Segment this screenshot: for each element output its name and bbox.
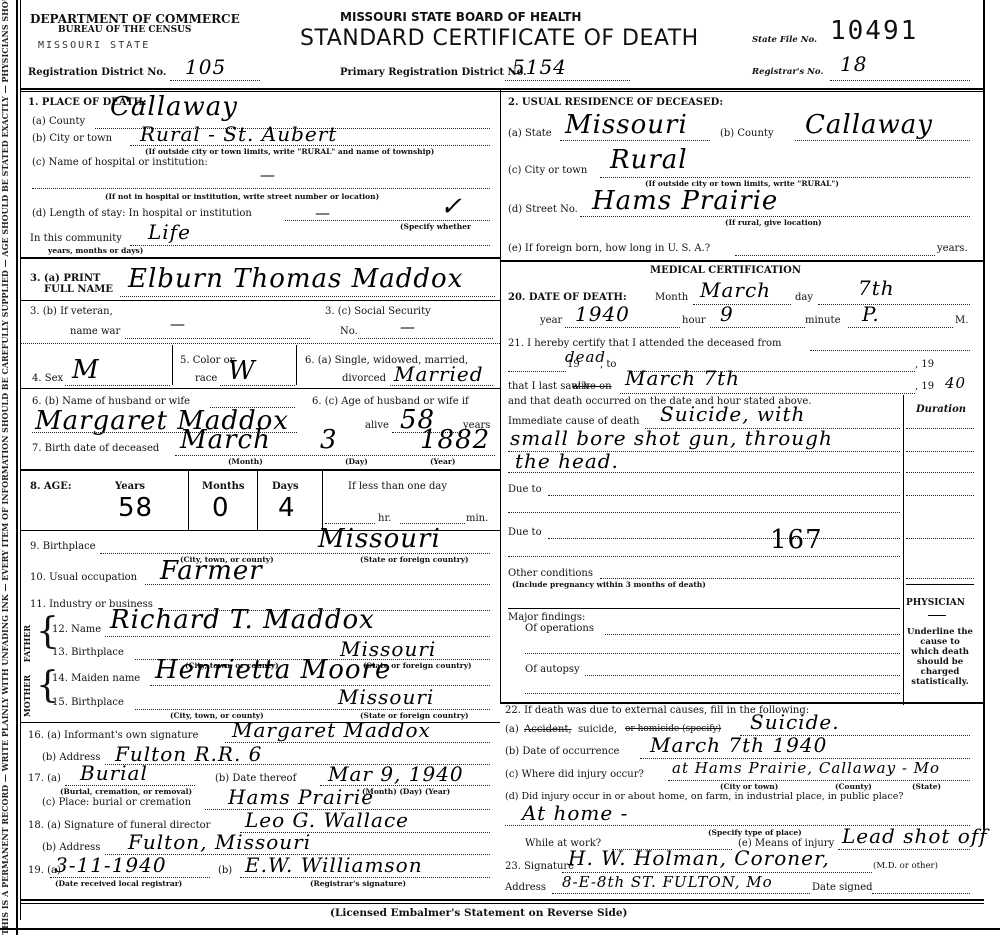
veteran-label-1: 3. (b) If veteran, — [30, 306, 113, 317]
registrar-cap: (Registrar's signature) — [310, 879, 406, 888]
burial-date-label: (b) Date thereof — [215, 773, 296, 784]
mother-birth-label: 15. Birthplace — [52, 697, 124, 708]
less-than-day-label: If less than one day — [348, 481, 447, 492]
physician-label: PHYSICIAN — [906, 598, 965, 608]
death-m-label: M. — [955, 315, 968, 326]
occupation-value[interactable]: Farmer — [160, 556, 263, 586]
right-border — [983, 0, 985, 830]
bureau: BUREAU OF THE CENSUS — [58, 25, 191, 35]
father-birth-label: 13. Birthplace — [52, 647, 124, 658]
community-value[interactable]: Life — [148, 220, 191, 244]
name-label-2: FULL NAME — [44, 284, 113, 295]
certifier-address[interactable]: 8-E-8th ST. FULTON, Mo — [562, 873, 773, 891]
hospital-note: (If not in hospital or institution, writ… — [105, 192, 379, 201]
certificate-title: STANDARD CERTIFICATE OF DEATH — [300, 26, 699, 51]
age-days[interactable]: 4 — [278, 493, 296, 523]
code-mark: 167 — [770, 525, 823, 555]
cause-line-1[interactable]: Suicide, with — [660, 402, 805, 426]
autopsy-label: Of autopsy — [525, 664, 580, 675]
father-name-label: 12. Name — [52, 624, 101, 635]
occurrence-date-label: (b) Date of occurrence — [505, 746, 619, 757]
death-city[interactable]: Rural - St. Aubert — [140, 122, 337, 146]
county-label: (a) County — [32, 116, 85, 127]
other-conditions-label: Other conditions — [508, 568, 593, 579]
death-day[interactable]: 7th — [858, 276, 895, 300]
other-conditions-note: (Include pregnancy within 3 months of de… — [512, 580, 706, 589]
death-county[interactable]: Callaway — [110, 92, 238, 122]
sex-label: 4. Sex — [32, 373, 63, 384]
day-cap: (Day) — [345, 457, 368, 466]
res-city-label: (c) City or town — [508, 165, 587, 176]
ss-label-2: No. — [340, 326, 358, 337]
registrar-sig-label: (b) — [218, 865, 232, 876]
footer-note: (Licensed Embalmer's Statement on Revers… — [330, 907, 628, 919]
birth-label: 7. Birth date of deceased — [32, 443, 159, 454]
mother-side-label: MOTHER — [22, 675, 32, 717]
state-file-no[interactable]: 10491 — [830, 16, 918, 46]
signature-label: 23. Signature — [505, 861, 574, 872]
director-address[interactable]: Fulton, Missouri — [128, 830, 311, 854]
home-value[interactable]: At home - — [522, 801, 628, 825]
burial-cap: (Burial, cremation, or removal) — [60, 787, 192, 796]
primary-district-no[interactable]: 5154 — [512, 55, 567, 79]
years-label: Years — [115, 481, 145, 492]
external-type-prefix: (a) — [505, 724, 519, 735]
received-cap: (Date received local registrar) — [55, 879, 182, 888]
informant-sig-label: 16. (a) Informant's own signature — [28, 730, 198, 741]
birthplace-label: 9. Birthplace — [30, 541, 96, 552]
where-state-cap: (State) — [912, 782, 941, 791]
res-street-note: (If rural, give location) — [725, 218, 822, 227]
center-divider — [500, 90, 501, 702]
birthplace-value[interactable]: Missouri — [318, 524, 441, 554]
lastsaw-year-prefix: , 19 — [915, 381, 934, 392]
days-label: Days — [272, 481, 299, 492]
hr-label: hr. — [378, 513, 391, 524]
external-type[interactable]: Suicide. — [750, 710, 840, 734]
operations-label: Of operations — [525, 623, 594, 634]
where-value[interactable]: at Hams Prairie, Callaway - Mo — [672, 759, 940, 777]
accident-struck: Accident, — [524, 724, 572, 735]
name-label-1: 3. (a) PRINT — [30, 273, 100, 284]
informant-signature[interactable]: Margaret Maddox — [232, 718, 431, 742]
reg-district-label: Registration District No. — [28, 67, 166, 78]
father-name[interactable]: Richard T. Maddox — [110, 605, 375, 635]
res-street-label: (d) Street No. — [508, 204, 578, 215]
stay-label: (d) Length of stay: In hospital or insti… — [32, 208, 252, 219]
duration-divider — [903, 395, 904, 705]
date-received[interactable]: 3-11-1940 — [55, 853, 167, 877]
header-rule — [20, 88, 984, 90]
mother-birthplace[interactable]: Missouri — [338, 685, 434, 709]
left-inner-border — [20, 0, 21, 920]
lastsaw-note[interactable]: dead — [565, 348, 606, 366]
death-year[interactable]: 1940 — [575, 302, 630, 326]
age-months[interactable]: 0 — [212, 493, 230, 523]
board-of-health: MISSOURI STATE BOARD OF HEALTH — [340, 10, 581, 24]
reg-district-no[interactable]: 105 — [185, 55, 226, 79]
death-year-label: year — [540, 315, 562, 326]
director-signature[interactable]: Leo G. Wallace — [245, 808, 409, 832]
year-cap: (Year) — [430, 457, 455, 466]
underline-note: Underline the cause to which death shoul… — [906, 627, 974, 687]
burial-type[interactable]: Burial — [80, 761, 148, 785]
age-label: 8. AGE: — [30, 481, 72, 492]
veteran-label-2: name war — [70, 326, 120, 337]
mother-maiden-name[interactable]: Henrietta Moore — [155, 655, 391, 685]
residence-heading: 2. USUAL RESIDENCE OF DECEASED: — [508, 97, 723, 108]
death-minute-label: minute — [805, 315, 841, 326]
spouse-age-label-2: alive — [365, 420, 389, 431]
cause-line-2[interactable]: small bore shot gun, through — [510, 426, 833, 450]
month-cap: (Month) — [228, 457, 263, 466]
md-label: (M.D. or other) — [873, 861, 938, 871]
spouse-age-label-1: 6. (c) Age of husband or wife if — [312, 396, 469, 407]
veteran-value[interactable]: — — [170, 315, 186, 333]
registrar-no[interactable]: 18 — [840, 52, 867, 76]
registrar-signature[interactable]: E.W. Williamson — [245, 853, 423, 877]
race-label-1: 5. Color or — [180, 355, 234, 366]
lastsaw-year[interactable]: 40 — [945, 374, 966, 392]
city-label: (b) City or town — [32, 133, 112, 144]
director-address-label: (b) Address — [42, 842, 100, 853]
lastsaw-alive: alive on — [572, 381, 612, 392]
lastsaw-date[interactable]: March 7th — [625, 366, 740, 390]
ss-label-1: 3. (c) Social Security — [325, 306, 431, 317]
where-label: (c) Where did injury occur? — [505, 769, 644, 780]
race-label-2: race — [195, 373, 217, 384]
father-side-label: FATHER — [22, 625, 32, 662]
birthplace-state-cap: (State or foreign country) — [360, 555, 469, 564]
res-city[interactable]: Rural — [610, 145, 688, 175]
cause-line-3[interactable]: the head. — [515, 449, 619, 473]
hospital-label: (c) Name of hospital or institution: — [32, 157, 208, 168]
occurrence-date[interactable]: March 7th 1940 — [650, 733, 827, 757]
res-state[interactable]: Missouri — [565, 110, 688, 140]
burial-date[interactable]: Mar 9, 1940 — [328, 762, 464, 786]
res-street[interactable]: Hams Prairie — [592, 186, 778, 216]
mother-name-label: 14. Maiden name — [52, 673, 140, 684]
burial-date-cap: (Month) (Day) (Year) — [362, 787, 450, 796]
check-mark: ✓ — [440, 192, 463, 222]
sex-value[interactable]: M — [72, 355, 100, 385]
means-value[interactable]: Lead shot off — [842, 824, 988, 848]
duration-label: Duration — [916, 404, 966, 415]
medical-heading: MEDICAL CERTIFICATION — [650, 265, 801, 276]
registrar-label: Registrar's No. — [752, 67, 823, 77]
burial-place-label: (c) Place: burial or cremation — [42, 797, 191, 808]
city-note: (If outside city or town limits, write "… — [145, 147, 434, 156]
burial-place[interactable]: Hams Prairie — [228, 785, 374, 809]
specify-place-cap: (Specify type of place) — [708, 828, 802, 837]
due-to-1-label: Due to — [508, 484, 542, 495]
primary-district-label: Primary Registration District No. — [340, 67, 527, 78]
certifier-address-label: Address — [505, 882, 546, 893]
stay-specify: (Specify whether — [400, 222, 471, 231]
months-label: Months — [202, 481, 245, 492]
death-month-label: Month — [655, 292, 688, 303]
death-month[interactable]: March — [700, 278, 771, 302]
race-value[interactable]: W — [228, 356, 256, 386]
where-county-cap: (County) — [835, 782, 872, 791]
certifier-signature[interactable]: H. W. Holman, Coroner, — [568, 846, 830, 870]
burial-label: 17. (a) — [28, 773, 61, 784]
department: DEPARTMENT OF COMMERCE — [30, 12, 240, 26]
res-county[interactable]: Callaway — [805, 110, 933, 140]
findings-label: Major findings: — [508, 612, 585, 623]
state-file-label: State File No. — [752, 35, 817, 45]
attend-label: 21. I hereby certify that I attended the… — [508, 338, 782, 349]
full-name[interactable]: Elburn Thomas Maddox — [128, 264, 463, 294]
suicide-option: suicide, — [578, 724, 617, 735]
community-label: In this community — [30, 233, 122, 244]
res-county-label: (b) County — [720, 128, 774, 139]
margin-instructions: THIS IS A PERMANENT RECORD — WRITE PLAIN… — [0, 0, 12, 935]
hospital-value[interactable]: — — [260, 166, 276, 184]
death-minute[interactable]: P. — [862, 302, 880, 326]
min-label: min. — [466, 513, 488, 524]
date-signed-label: Date signed — [812, 882, 873, 893]
birth-month[interactable]: March — [180, 425, 271, 455]
death-day-label: day — [795, 292, 813, 303]
age-years[interactable]: 58 — [118, 493, 153, 523]
death-hour[interactable]: 9 — [720, 302, 734, 326]
marital-label-2: divorced — [342, 373, 386, 384]
foreign-suffix: years. — [937, 243, 968, 254]
birth-day[interactable]: 3 — [320, 425, 338, 455]
birth-year[interactable]: 1882 — [420, 425, 490, 455]
community-note: years, months or days) — [48, 246, 143, 255]
ss-value[interactable]: — — [400, 318, 416, 336]
attend-19b: , 19 — [915, 359, 934, 370]
left-outer-border — [16, 0, 18, 935]
res-state-label: (a) State — [508, 128, 552, 139]
due-to-2-label: Due to — [508, 527, 542, 538]
where-city-cap: (City or town) — [720, 782, 778, 791]
death-hour-label: hour — [682, 315, 706, 326]
occupation-label: 10. Usual occupation — [30, 572, 137, 583]
foreign-label: (e) If foreign born, how long in U. S. A… — [508, 243, 710, 254]
faded-stamp: MISSOURI STATE — [38, 40, 150, 51]
marital-value[interactable]: Married — [394, 362, 484, 386]
